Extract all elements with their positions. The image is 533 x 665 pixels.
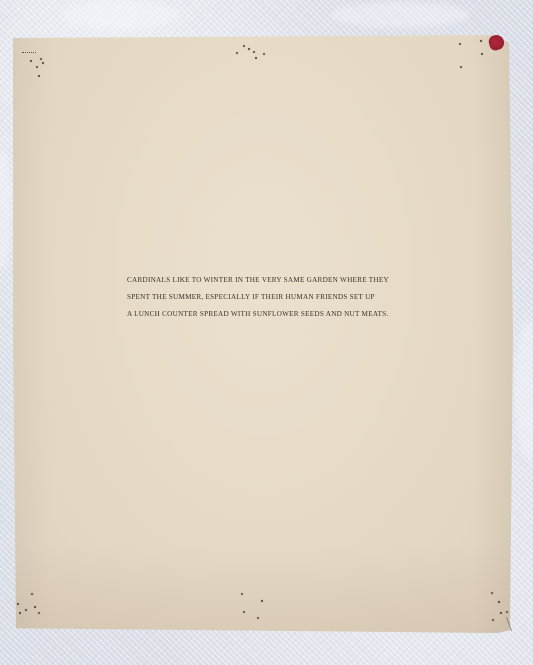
caption-line: CARDINALS LIKE TO WINTER IN THE VERY SAM… xyxy=(127,272,412,289)
caption-text: CARDINALS LIKE TO WINTER IN THE VERY SAM… xyxy=(127,272,412,323)
tablecloth-motif xyxy=(60,0,180,30)
paper-sheet xyxy=(13,35,513,633)
paper-shading xyxy=(13,35,513,633)
tablecloth-motif xyxy=(330,2,470,28)
caption-line: A LUNCH COUNTER SPREAD WITH SUNFLOWER SE… xyxy=(127,306,412,323)
pencil-mark xyxy=(22,52,36,57)
tablecloth-motif xyxy=(0,150,12,270)
caption-line: SPENT THE SUMMER, ESPECIALLY IF THEIR HU… xyxy=(127,289,412,306)
tablecloth-motif xyxy=(514,320,533,460)
